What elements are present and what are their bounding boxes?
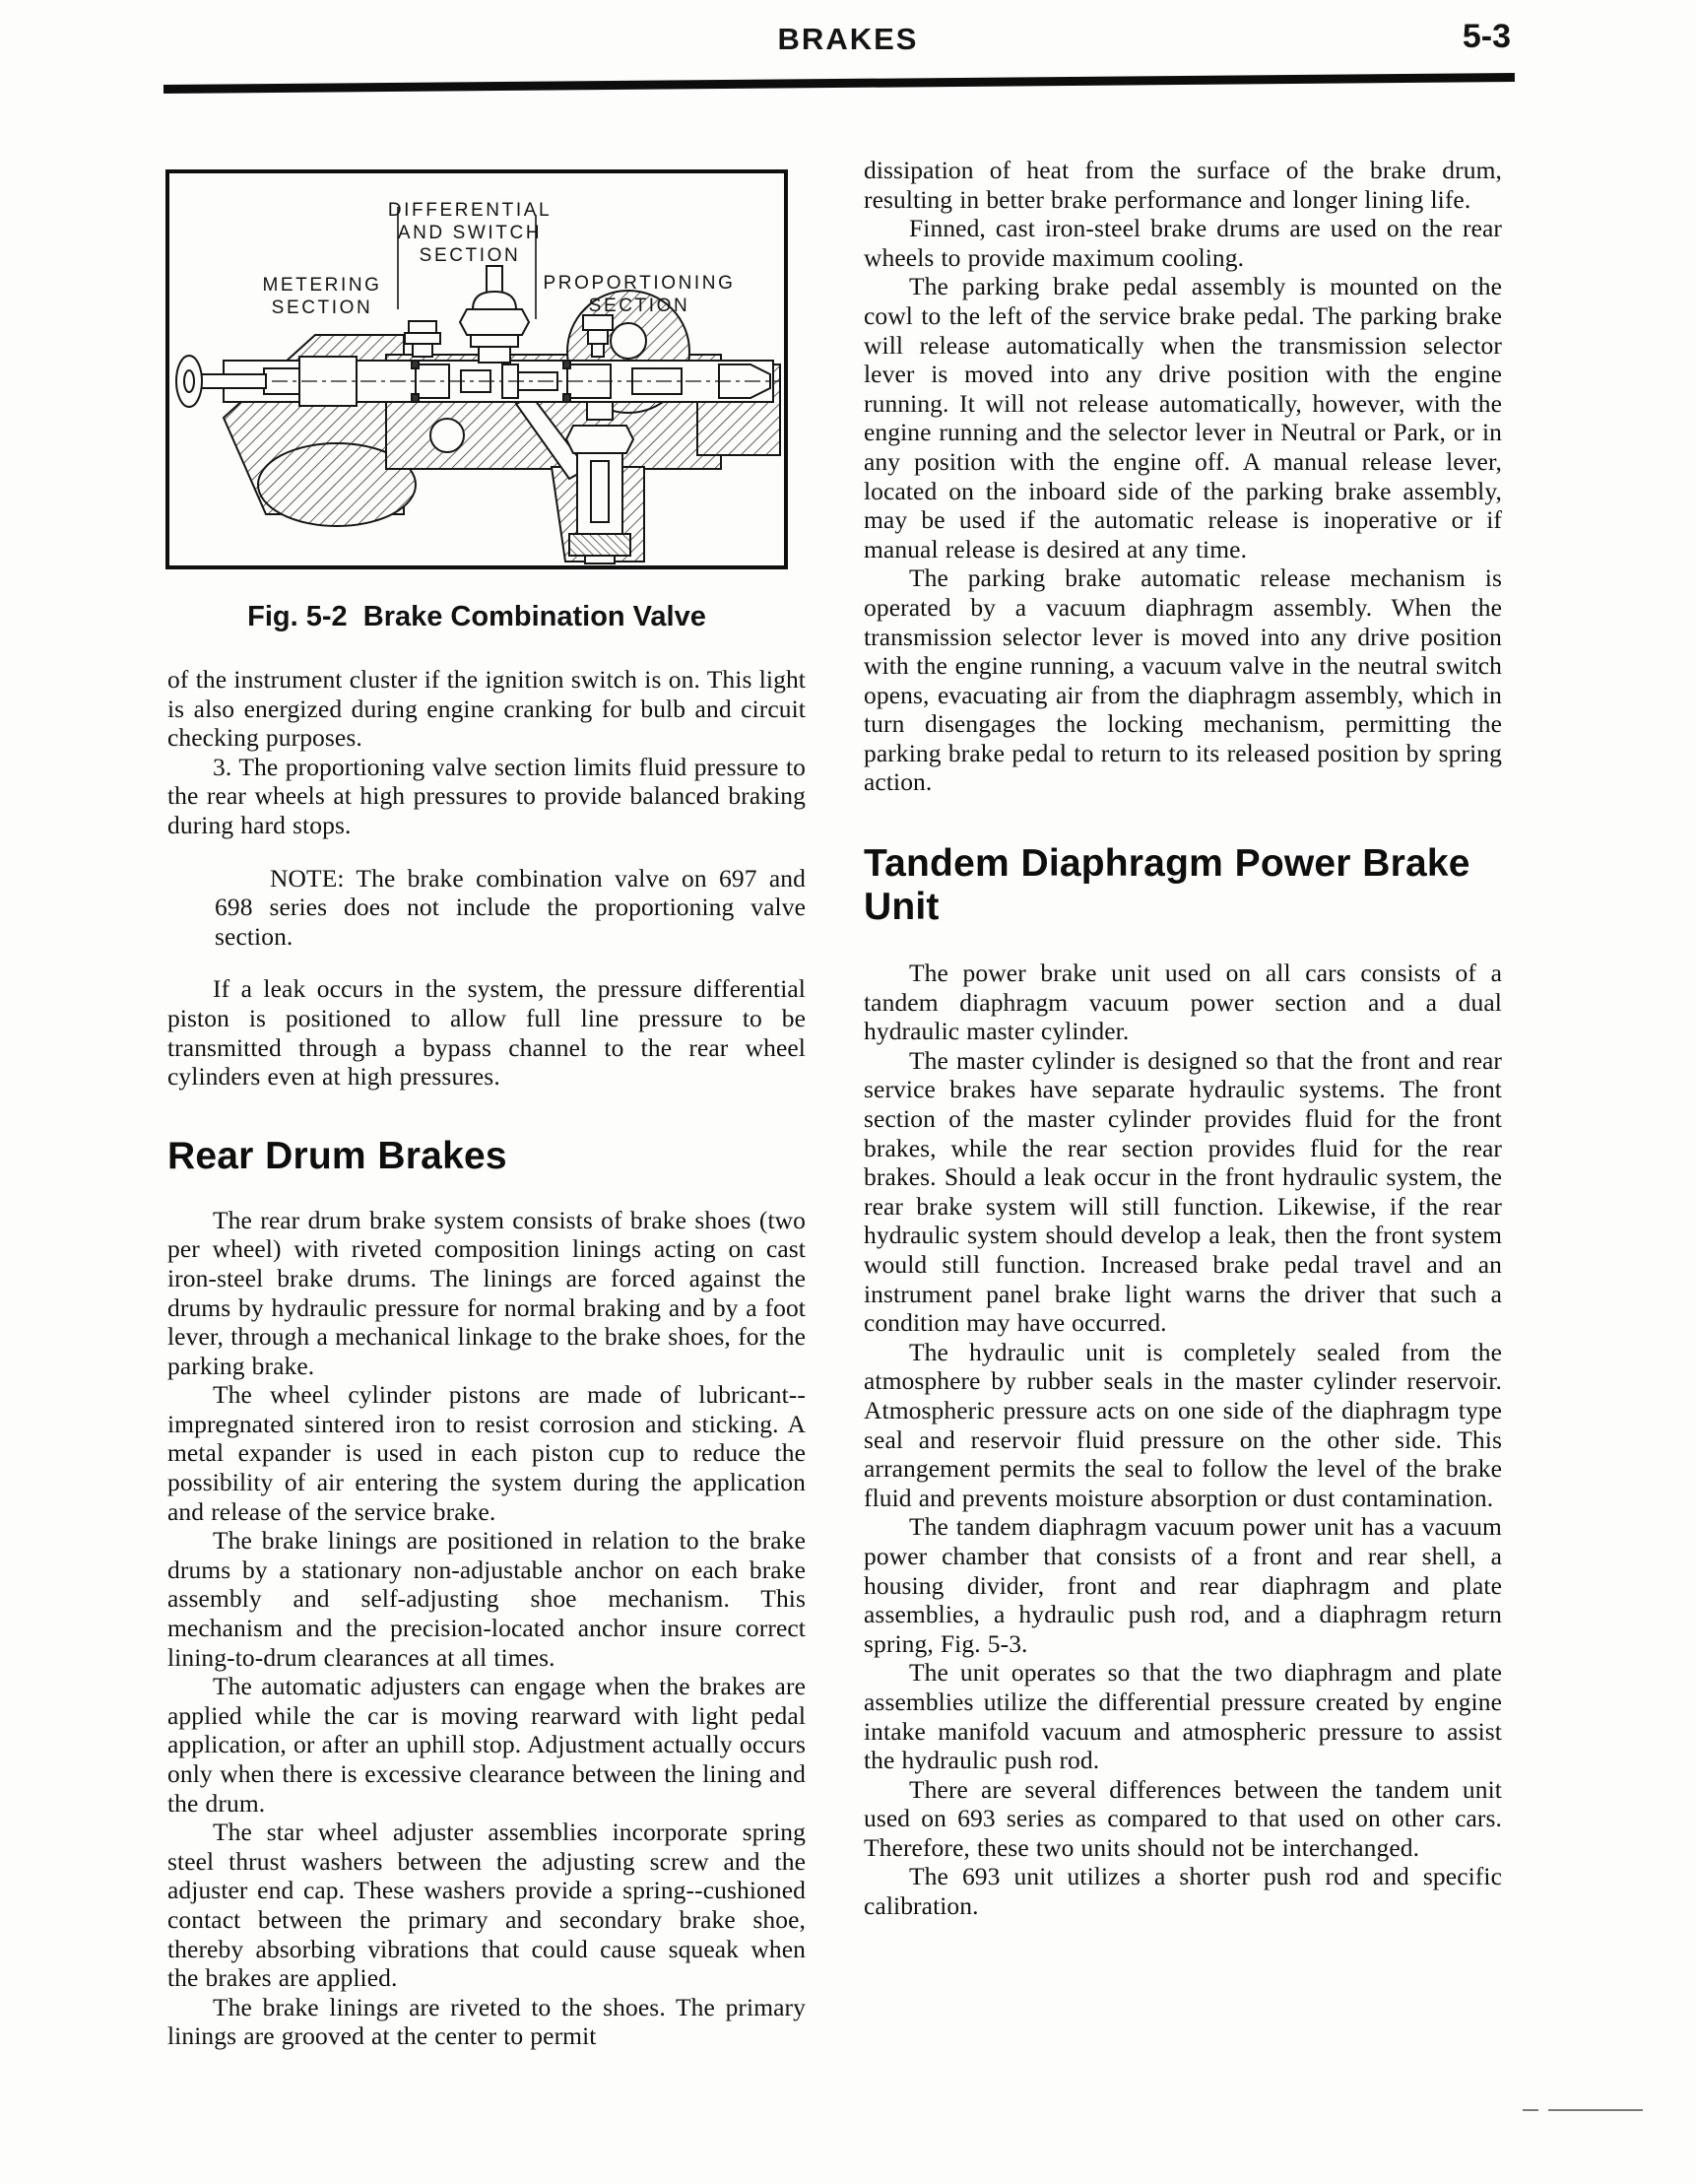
scan-artifact-line [1548, 2109, 1643, 2111]
paragraph: Finned, cast iron-steel brake drums are … [864, 214, 1502, 272]
figure-caption: Fig. 5-2 Brake Combination Valve [165, 601, 788, 633]
paragraph: The 693 unit utilizes a shorter push rod… [864, 1862, 1502, 1920]
page-title: BRAKES [0, 22, 1696, 57]
boss-bolt-hole [611, 323, 646, 359]
paragraph: The brake linings are riveted to the sho… [167, 1993, 806, 2051]
proportioning-hex-nut [566, 426, 633, 453]
switch-terminal [487, 266, 502, 294]
manual-page: BRAKES 5-3 [0, 0, 1696, 2184]
switch-hex-nut [460, 309, 529, 335]
paragraph: The unit operates so that the two diaphr… [864, 1658, 1502, 1774]
paragraph: 3. The proportioning valve section limit… [167, 753, 806, 840]
paragraph: dissipation of heat from the surface of … [864, 156, 1502, 214]
mounting-hole [430, 419, 464, 452]
figure-label-proportioning-section: PROPORTIONING SECTION [536, 272, 743, 317]
paragraph: The parking brake automatic release mech… [864, 563, 1502, 797]
figure-label-differential-section: DIFFERENTIAL AND SWITCH SECTION [371, 199, 568, 267]
proportioning-end-plug [569, 534, 630, 556]
paragraph: If a leak occurs in the system, the pres… [167, 974, 806, 1091]
section-heading-rear-drum-brakes: Rear Drum Brakes [167, 1135, 806, 1178]
paragraph: The rear drum brake system consists of b… [167, 1206, 806, 1381]
paragraph: The power brake unit used on all cars co… [864, 959, 1502, 1046]
proportioning-piston [591, 461, 609, 522]
paragraph: The automatic adjusters can engage when … [167, 1672, 806, 1818]
left-column: of the instrument cluster if the ignitio… [167, 665, 806, 2051]
paragraph: The tandem diaphragm vacuum power unit h… [864, 1512, 1502, 1658]
paragraph: There are several differences between th… [864, 1775, 1502, 1863]
paragraph: The brake linings are positioned in rela… [167, 1526, 806, 1672]
scan-artifact-dash [1523, 2109, 1538, 2111]
paragraph: The star wheel adjuster assemblies incor… [167, 1818, 806, 1993]
page-number: 5-3 [1463, 18, 1511, 56]
paragraph: The parking brake pedal assembly is moun… [864, 272, 1502, 563]
paragraph: The hydraulic unit is completely sealed … [864, 1338, 1502, 1513]
note-paragraph: NOTE: The brake combination valve on 697… [215, 864, 806, 952]
right-column: dissipation of heat from the surface of … [864, 156, 1502, 1921]
figure-label-metering-section: METERING SECTION [224, 274, 421, 319]
paragraph: The master cylinder is designed so that … [864, 1046, 1502, 1338]
header-rule [163, 73, 1515, 94]
section-heading-tandem-diaphragm: Tandem Diaphragm Power Brake Unit [864, 842, 1502, 929]
figure-5-2-box: DIFFERENTIAL AND SWITCH SECTION METERING… [165, 169, 788, 569]
paragraph: of the instrument cluster if the ignitio… [167, 665, 806, 753]
paragraph: The wheel cylinder pistons are made of l… [167, 1380, 806, 1526]
